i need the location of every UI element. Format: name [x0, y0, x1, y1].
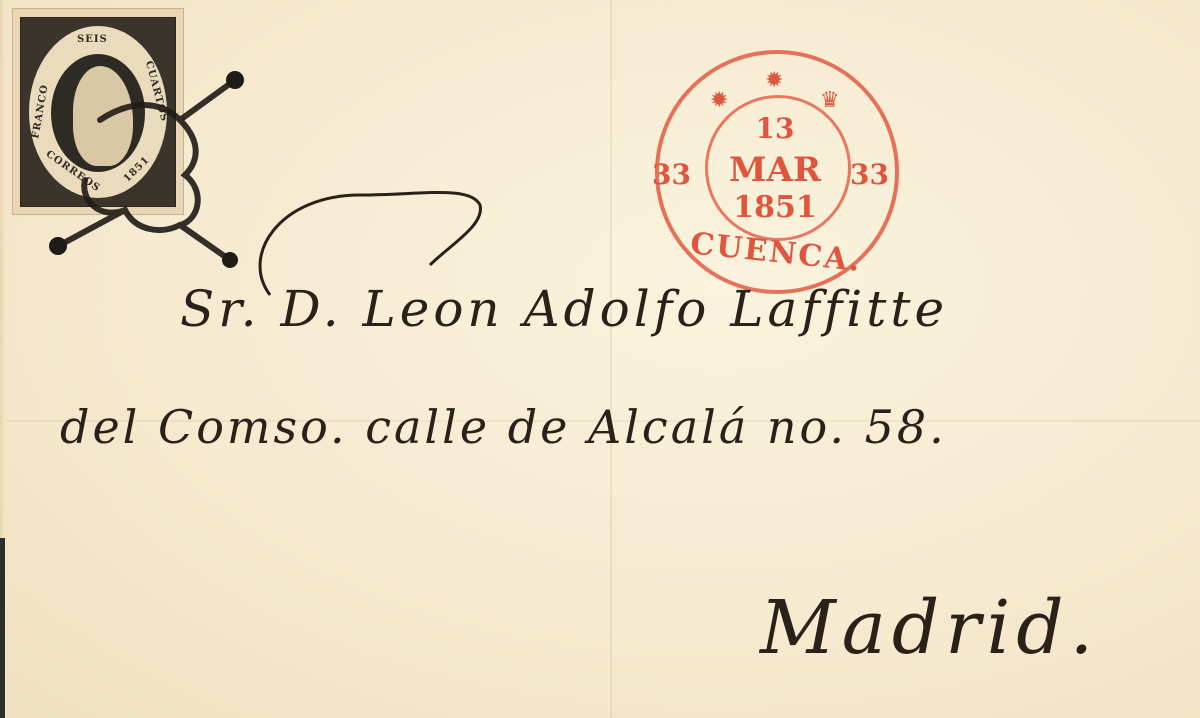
spider-cancel-icon — [40, 60, 260, 270]
address-line-recipient: Sr. D. Leon Adolfo Laffitte — [180, 280, 948, 338]
cuenca-postmark: ✹ ✹ ♛ 13 MAR 1851 33 33 CUENCA. — [650, 50, 900, 300]
postmark-month: MAR — [720, 150, 830, 190]
address-line-city: Madrid. — [760, 585, 1099, 671]
background-strip — [0, 538, 5, 718]
star-ornament-icon: ✹ — [710, 88, 728, 113]
postmark-side-left: 33 — [652, 158, 691, 191]
postmark-side-right: 33 — [850, 158, 889, 191]
address-line-street: del Comso. calle de Alcalá no. 58. — [60, 400, 947, 454]
postmark-year: 1851 — [720, 190, 830, 225]
fold-line-vertical — [610, 0, 612, 718]
stamp-top-text: SEIS — [77, 34, 108, 45]
crown-ornament-icon: ♛ — [820, 88, 840, 113]
postmark-day: 13 — [745, 112, 805, 145]
star-ornament-icon: ✹ — [765, 68, 783, 93]
